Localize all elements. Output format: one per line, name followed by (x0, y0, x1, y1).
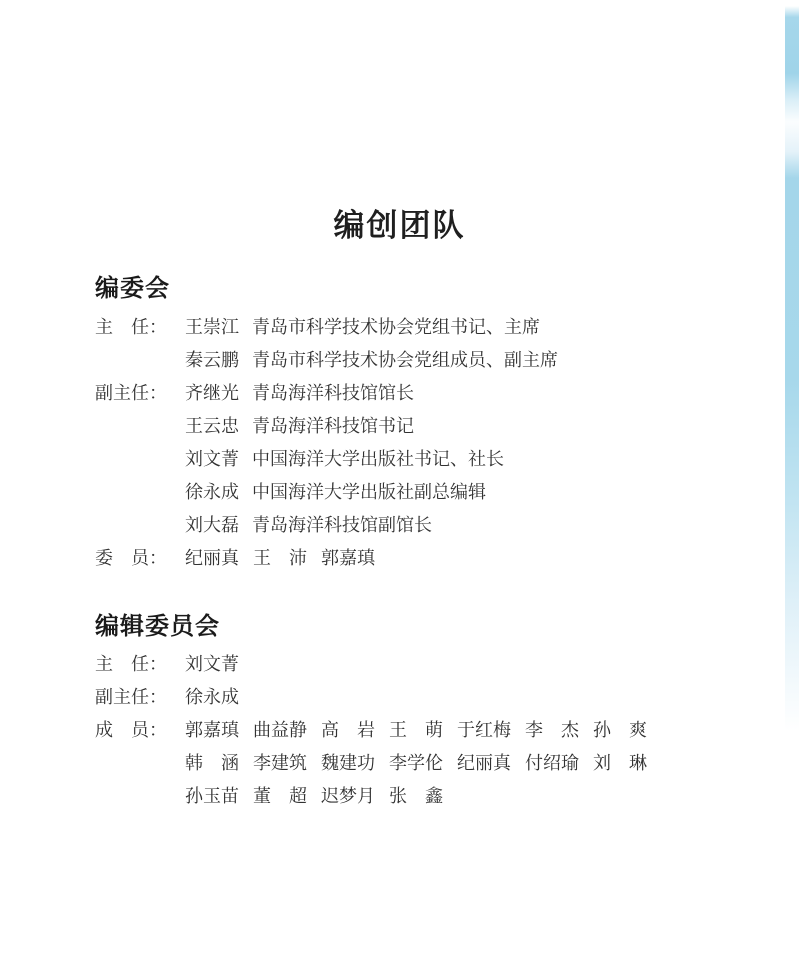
person-name: 魏建功 (321, 747, 375, 780)
person-name: 王崇江 (185, 311, 239, 344)
person-name: 董 超 (253, 780, 307, 813)
person-name: 刘文菁 (185, 443, 239, 476)
members-row: 委 员： 纪丽真 王 沛 郭嘉瑱 (95, 542, 558, 575)
person-name: 刘 琳 (593, 747, 647, 780)
person-name: 孙玉苗 (185, 780, 239, 813)
member-name-line: 韩 涵 李建筑 魏建功 李学伦 纪丽真 付绍瑜 刘 琳 (185, 747, 647, 780)
person-name: 李 杰 (525, 714, 579, 747)
person-desc: 青岛市科学技术协会党组成员、副主席 (252, 344, 558, 377)
member-name-grid: 郭嘉瑱 曲益静 高 岩 王 萌 于红梅 李 杰 孙 爽 韩 涵 李建筑 魏建功 … (185, 714, 647, 813)
person-desc: 青岛海洋科技馆馆长 (252, 377, 414, 410)
person-name: 郭嘉瑱 (321, 542, 375, 575)
person-name: 纪丽真 (457, 747, 511, 780)
person-name: 张 鑫 (389, 780, 443, 813)
person-name: 高 岩 (321, 714, 375, 747)
credit-row: 副主任：徐永成 (95, 681, 647, 714)
section-heading-editorial-board: 编委会 (95, 268, 170, 303)
members-row: 成 员： 郭嘉瑱 曲益静 高 岩 王 萌 于红梅 李 杰 孙 爽 韩 涵 李建筑… (95, 714, 647, 813)
person-name: 韩 涵 (185, 747, 239, 780)
person-name: 齐继光 (185, 377, 239, 410)
role-label: 主 任： (95, 648, 167, 681)
page-title: 编创团队 (0, 200, 799, 245)
credit-row: 王云忠青岛海洋科技馆书记 (95, 410, 558, 443)
role-label: 主 任： (95, 311, 167, 344)
credit-row: 刘文菁中国海洋大学出版社书记、社长 (95, 443, 558, 476)
page-edge-photo-strip (785, 6, 799, 754)
editorial-board-rows: 主 任：王崇江青岛市科学技术协会党组书记、主席 秦云鹏青岛市科学技术协会党组成员… (95, 311, 558, 575)
person-desc: 青岛海洋科技馆书记 (252, 410, 414, 443)
person-desc: 中国海洋大学出版社书记、社长 (252, 443, 504, 476)
person-name: 刘大磊 (185, 509, 239, 542)
member-name-line: 郭嘉瑱 曲益静 高 岩 王 萌 于红梅 李 杰 孙 爽 (185, 714, 647, 747)
person-name: 王 沛 (253, 542, 307, 575)
person-name: 王云忠 (185, 410, 239, 443)
person-name: 徐永成 (185, 681, 239, 714)
person-name: 纪丽真 (185, 542, 239, 575)
credit-row: 秦云鹏青岛市科学技术协会党组成员、副主席 (95, 344, 558, 377)
person-name: 于红梅 (457, 714, 511, 747)
person-name: 郭嘉瑱 (185, 714, 239, 747)
person-name: 刘文菁 (185, 648, 239, 681)
person-name: 秦云鹏 (185, 344, 239, 377)
section-heading-editing-committee: 编辑委员会 (95, 606, 220, 641)
person-name: 李学伦 (389, 747, 443, 780)
editing-committee-rows: 主 任：刘文菁 副主任：徐永成 成 员： 郭嘉瑱 曲益静 高 岩 王 萌 于红梅… (95, 648, 647, 813)
role-label: 副主任： (95, 377, 167, 410)
credit-row: 刘大磊青岛海洋科技馆副馆长 (95, 509, 558, 542)
person-name: 曲益静 (253, 714, 307, 747)
person-name: 迟梦月 (321, 780, 375, 813)
person-name: 王 萌 (389, 714, 443, 747)
role-label: 副主任： (95, 681, 167, 714)
role-label: 成 员： (95, 714, 167, 747)
person-name: 徐永成 (185, 476, 239, 509)
person-desc: 青岛市科学技术协会党组书记、主席 (252, 311, 540, 344)
credit-row: 徐永成中国海洋大学出版社副总编辑 (95, 476, 558, 509)
person-name: 孙 爽 (593, 714, 647, 747)
person-desc: 中国海洋大学出版社副总编辑 (252, 476, 486, 509)
credit-row: 副主任：齐继光青岛海洋科技馆馆长 (95, 377, 558, 410)
credit-row: 主 任：王崇江青岛市科学技术协会党组书记、主席 (95, 311, 558, 344)
credits-page: 编创团队 编委会 主 任：王崇江青岛市科学技术协会党组书记、主席 秦云鹏青岛市科… (0, 0, 799, 967)
person-name: 李建筑 (253, 747, 307, 780)
role-label: 委 员： (95, 542, 167, 575)
person-desc: 青岛海洋科技馆副馆长 (252, 509, 432, 542)
credit-row: 主 任：刘文菁 (95, 648, 647, 681)
member-name-line: 纪丽真 王 沛 郭嘉瑱 (185, 542, 375, 575)
member-name-line: 孙玉苗 董 超 迟梦月 张 鑫 (185, 780, 647, 813)
member-name-grid: 纪丽真 王 沛 郭嘉瑱 (185, 542, 375, 575)
person-name: 付绍瑜 (525, 747, 579, 780)
